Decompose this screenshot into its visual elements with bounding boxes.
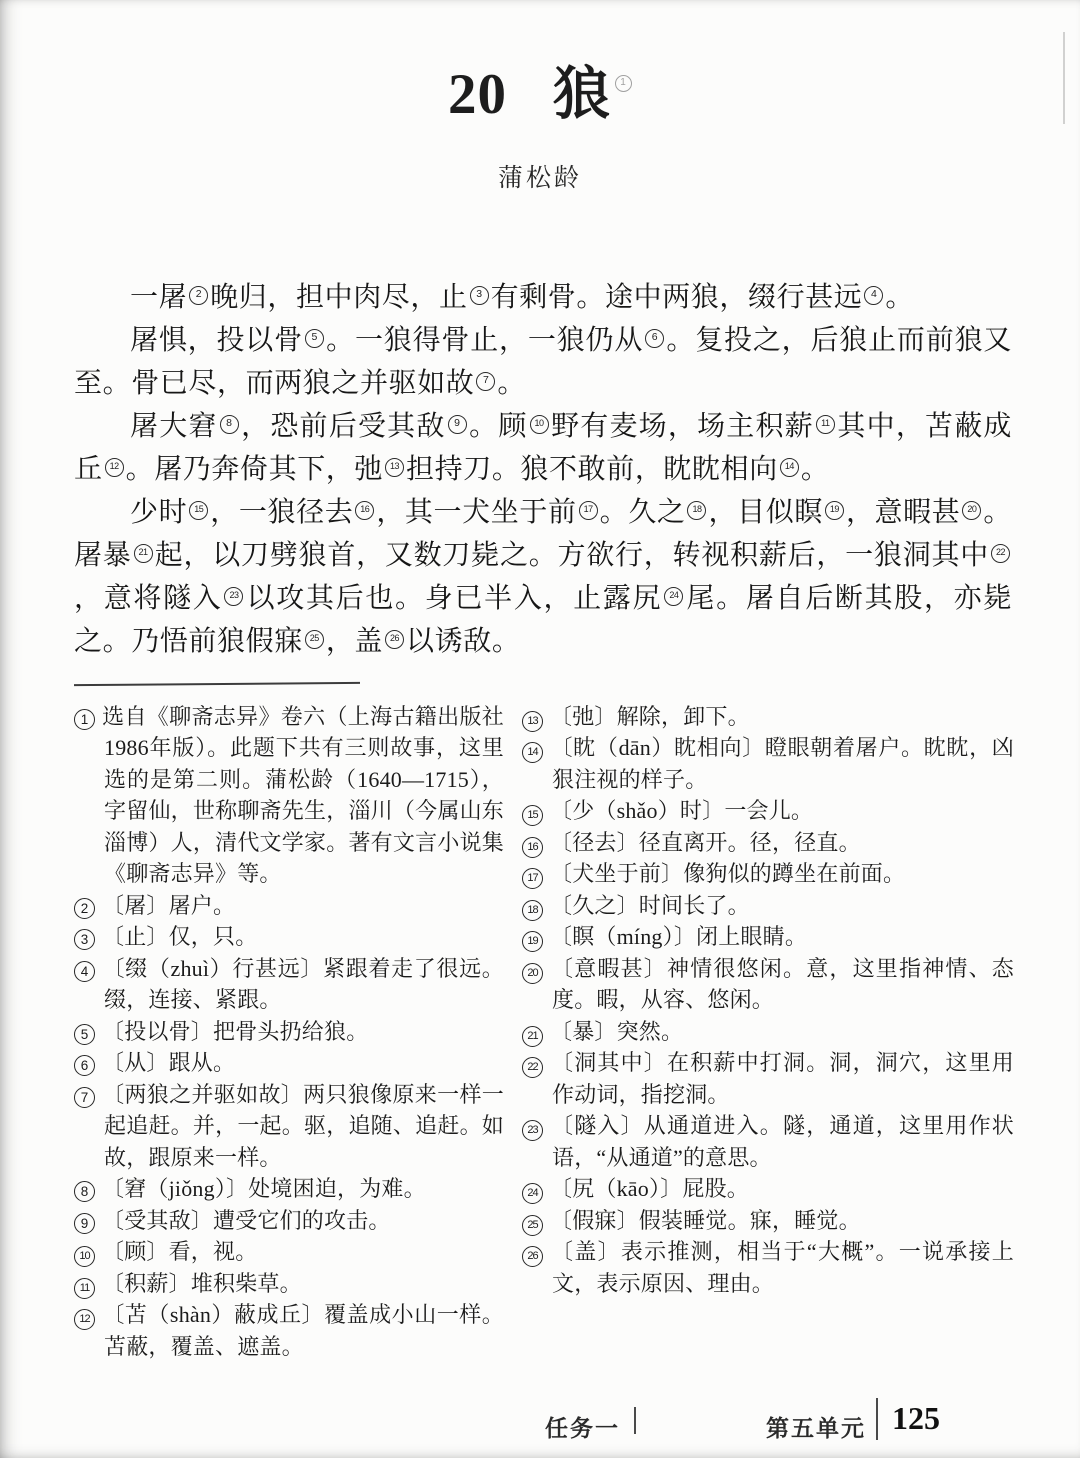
text-run: 。屠乃奔倚其下，弛	[126, 454, 383, 485]
footnote-item: 17〔犬坐于前〕像狗似的蹲坐在前面。	[522, 858, 1014, 890]
annotation-marker: 9	[448, 415, 467, 434]
text-run: 少时	[130, 497, 187, 528]
annotation-marker: 20	[962, 501, 981, 520]
footnote-item: 9〔受其敌〕遭受它们的攻击。	[74, 1205, 504, 1237]
text-run: ，其一犬坐于前	[376, 497, 576, 528]
footnote-item: 13〔弛〕解除，卸下。	[522, 701, 1014, 733]
annotation-marker: 25	[305, 630, 324, 649]
footnote-number: 7	[74, 1087, 95, 1108]
footnote-number: 17	[522, 868, 543, 889]
annotation-marker: 5	[305, 329, 324, 348]
footnote-item: 14〔眈（dān）眈相向〕瞪眼朝着屠户。眈眈，凶狠注视的样子。	[522, 732, 1014, 795]
annotation-marker: 23	[224, 587, 243, 606]
text-run: 。久之	[600, 497, 686, 528]
footnote-number: 21	[522, 1026, 543, 1047]
footnote-number: 26	[522, 1246, 543, 1267]
footnote-text: 〔窘（jiǒng）〕处境困迫，为难。	[102, 1176, 426, 1201]
text-run: 起，以刀劈狼首，又数刀毙之。方欲行，转视积薪后，一狼洞其中	[155, 540, 989, 571]
title-block: 20狼1 蒲松龄	[0, 0, 1080, 194]
footnote-number: 16	[522, 837, 543, 858]
footnote-item: 11〔积薪〕堆积柴草。	[74, 1268, 504, 1300]
text-run: 一屠	[130, 282, 187, 313]
text-run: 有剩骨。途中两狼，缀行甚远	[491, 282, 863, 313]
footnote-text: 〔止〕仅，只。	[102, 924, 257, 949]
footnote-text: 〔径去〕径直离开。径，径直。	[550, 830, 861, 855]
footnote-item: 6〔从〕跟从。	[74, 1047, 504, 1079]
footnote-number: 3	[74, 929, 95, 950]
footnote-text: 〔意暇甚〕神情很悠闲。意，这里指神情、态度。暇，从容、悠闲。	[550, 956, 1014, 1013]
footnote-text: 〔积薪〕堆积柴草。	[102, 1271, 302, 1296]
footnote-text: 选自《聊斋志异》卷六（上海古籍出版社1986年版）。此题下共有三则故事，这里选的…	[102, 704, 504, 887]
footnote-item: 16〔径去〕径直离开。径，径直。	[522, 827, 1014, 859]
text-run: 。	[497, 368, 526, 399]
text-run: ，目似瞑	[708, 497, 822, 528]
text-paragraph: 少时15，一狼径去16，其一犬坐于前17。久之18，目似瞑19，意暇甚20。屠暴…	[74, 491, 1012, 663]
footnote-number: 12	[74, 1309, 95, 1330]
footnote-item: 23〔隧入〕从通道进入。隧，通道，这里用作状语，“从通道”的意思。	[522, 1110, 1014, 1173]
footnote-number: 2	[74, 898, 95, 919]
annotation-marker: 10	[530, 415, 549, 434]
footnote-text: 〔犬坐于前〕像狗似的蹲坐在前面。	[550, 861, 905, 886]
footnote-item: 24〔尻（kāo）〕屁股。	[522, 1173, 1014, 1205]
page-footer: 任务一 第五单元 125	[0, 1398, 1080, 1450]
annotation-marker: 17	[579, 501, 598, 520]
textbook-page: 20狼1 蒲松龄 一屠2晚归，担中肉尽，止3有剩骨。途中两狼，缀行甚远4。屠惧，…	[0, 0, 1080, 1458]
footnote-item: 5〔投以骨〕把骨头扔给狼。	[74, 1016, 504, 1048]
text-run: 晚归，担中肉尽，止	[210, 282, 467, 313]
footnote-number: 10	[74, 1246, 95, 1267]
footnote-number: 9	[74, 1213, 95, 1234]
footnote-item: 26〔盖〕表示推测，相当于“大概”。一说承接上文，表示原因、理由。	[522, 1236, 1014, 1299]
footnote-text: 〔久之〕时间长了。	[550, 893, 750, 918]
footnote-text: 〔眈（dān）眈相向〕瞪眼朝着屠户。眈眈，凶狠注视的样子。	[550, 735, 1014, 792]
text-run: ，盖	[326, 626, 383, 657]
annotation-marker: 13	[385, 458, 404, 477]
footnote-number: 8	[74, 1181, 95, 1202]
footnote-number: 20	[522, 963, 543, 984]
annotation-marker: 18	[687, 501, 706, 520]
footnote-item: 21〔暴〕突然。	[522, 1016, 1014, 1048]
footnote-text: 〔少（shǎo）时〕一会儿。	[550, 798, 813, 823]
lesson-title-text: 狼	[553, 63, 611, 126]
lesson-number: 20	[448, 63, 507, 126]
footnote-text: 〔顾〕看，视。	[102, 1239, 257, 1264]
footnote-item: 10〔顾〕看，视。	[74, 1236, 504, 1268]
annotation-marker: 12	[105, 458, 124, 477]
footnote-item: 12〔苫（shàn）蔽成丘〕覆盖成小山一样。苫蔽，覆盖、遮盖。	[74, 1299, 504, 1362]
text-run: 。一狼得骨止，一狼仍从	[326, 325, 643, 356]
footnote-text: 〔洞其中〕在积薪中打洞。洞，洞穴，这里用作动词，指挖洞。	[550, 1050, 1014, 1107]
annotation-marker: 22	[991, 544, 1010, 563]
footnote-number: 23	[522, 1120, 543, 1141]
footnote-text: 〔盖〕表示推测，相当于“大概”。一说承接上文，表示原因、理由。	[550, 1239, 1014, 1296]
page-number: 125	[892, 1400, 940, 1437]
footnote-text: 〔缀（zhuì）行甚远〕紧跟着走了很远。缀，连接、紧跟。	[102, 956, 504, 1013]
footnote-text: 〔隧入〕从通道进入。隧，通道，这里用作状语，“从通道”的意思。	[550, 1113, 1014, 1170]
annotation-marker: 26	[385, 630, 404, 649]
text-run: 屠惧，投以骨	[130, 325, 303, 356]
text-run: 屠大窘	[130, 411, 218, 442]
footnote-text: 〔苫（shàn）蔽成丘〕覆盖成小山一样。苫蔽，覆盖、遮盖。	[102, 1302, 504, 1359]
text-run: 。顾	[469, 411, 528, 442]
footer-task-label: 任务一	[545, 1410, 620, 1443]
footnote-text: 〔投以骨〕把骨头扔给狼。	[102, 1019, 368, 1044]
footnote-item: 15〔少（shǎo）时〕一会儿。	[522, 795, 1014, 827]
footnotes-left-column: 1选自《聊斋志异》卷六（上海古籍出版社1986年版）。此题下共有三则故事，这里选…	[74, 701, 504, 1363]
footnote-item: 2〔屠〕屠户。	[74, 890, 504, 922]
footnote-text: 〔受其敌〕遭受它们的攻击。	[102, 1208, 391, 1233]
text-run: 担持刀。狼不敢前，眈眈相向	[406, 454, 778, 485]
footer-divider-1	[634, 1407, 636, 1434]
footnote-separator-rule	[74, 681, 360, 685]
footnote-text: 〔屠〕屠户。	[102, 893, 235, 918]
text-run: ，一狼径去	[210, 497, 353, 528]
annotation-marker: 16	[355, 501, 374, 520]
lesson-title: 20狼1	[0, 62, 1080, 128]
footnote-number: 24	[522, 1183, 543, 1204]
footnote-item: 7〔两狼之并驱如故〕两只狼像原来一样一起追赶。并，一起。驱，追随、追赶。如故，跟…	[74, 1079, 504, 1174]
text-run: 以攻其后也。身已半入，止露尻	[245, 583, 662, 614]
annotation-marker: 19	[825, 501, 844, 520]
footnote-item: 22〔洞其中〕在积薪中打洞。洞，洞穴，这里用作动词，指挖洞。	[522, 1047, 1014, 1110]
footnote-item: 3〔止〕仅，只。	[74, 921, 504, 953]
footer-unit-label: 第五单元	[766, 1410, 866, 1443]
footnotes-right-column: 13〔弛〕解除，卸下。14〔眈（dān）眈相向〕瞪眼朝着屠户。眈眈，凶狠注视的样…	[522, 701, 1014, 1363]
text-run: ，意将隧入	[74, 583, 222, 614]
footnote-item: 25〔假寐〕假装睡觉。寐，睡觉。	[522, 1205, 1014, 1237]
footnote-text: 〔瞑（míng）〕闭上眼睛。	[550, 924, 807, 949]
main-text: 一屠2晚归，担中肉尽，止3有剩骨。途中两狼，缀行甚远4。屠惧，投以骨5。一狼得骨…	[0, 276, 1080, 663]
annotation-marker: 15	[189, 501, 208, 520]
footnote-text: 〔假寐〕假装睡觉。寐，睡觉。	[550, 1208, 861, 1233]
footnote-text: 〔弛〕解除，卸下。	[550, 704, 750, 729]
annotation-marker: 2	[189, 286, 208, 305]
footnote-number: 1	[74, 709, 95, 730]
footnote-item: 18〔久之〕时间长了。	[522, 890, 1014, 922]
text-paragraph: 屠惧，投以骨5。一狼得骨止，一狼仍从6。复投之，后狼止而前狼又至。骨已尽，而两狼…	[74, 319, 1012, 405]
text-paragraph: 一屠2晚归，担中肉尽，止3有剩骨。途中两狼，缀行甚远4。	[74, 276, 1012, 319]
footnote-text: 〔两狼之并驱如故〕两只狼像原来一样一起追赶。并，一起。驱，追随、追赶。如故，跟原…	[102, 1082, 504, 1170]
footnotes-section: 1选自《聊斋志异》卷六（上海古籍出版社1986年版）。此题下共有三则故事，这里选…	[0, 701, 1080, 1363]
annotation-marker: 11	[816, 415, 835, 434]
scan-artifact-line	[1063, 32, 1065, 124]
footnote-text: 〔暴〕突然。	[550, 1019, 683, 1044]
text-run: 以诱敌。	[406, 626, 520, 657]
footnote-item: 4〔缀（zhuì）行甚远〕紧跟着走了很远。缀，连接、紧跟。	[74, 953, 504, 1016]
footnote-number: 25	[522, 1215, 543, 1236]
footnote-number: 15	[522, 805, 543, 826]
text-run: 。	[801, 454, 830, 485]
footnote-item: 8〔窘（jiǒng）〕处境困迫，为难。	[74, 1173, 504, 1205]
footnote-number: 11	[74, 1278, 95, 1299]
annotation-marker: 24	[664, 587, 683, 606]
footnote-number: 18	[522, 900, 543, 921]
footer-divider-2	[876, 1398, 878, 1440]
title-footnote-marker: 1	[615, 75, 632, 92]
footnote-number: 5	[74, 1024, 95, 1045]
text-run: 野有麦场，场主积薪	[551, 411, 814, 442]
annotation-marker: 8	[220, 415, 239, 434]
text-run: ，意暇甚	[846, 497, 960, 528]
footnote-number: 13	[522, 711, 543, 732]
annotation-marker: 3	[470, 286, 489, 305]
text-run: ，恐前后受其敌	[241, 411, 446, 442]
author-name: 蒲松龄	[0, 158, 1080, 194]
footnote-text: 〔尻（kāo）〕屁股。	[550, 1176, 749, 1201]
annotation-marker: 7	[476, 372, 495, 391]
footnote-item: 19〔瞑（míng）〕闭上眼睛。	[522, 921, 1014, 953]
annotation-marker: 21	[134, 544, 153, 563]
footnote-number: 14	[522, 742, 543, 763]
annotation-marker: 4	[864, 286, 883, 305]
footnote-text: 〔从〕跟从。	[102, 1050, 235, 1075]
footnote-number: 22	[522, 1057, 543, 1078]
footnote-number: 19	[522, 931, 543, 952]
annotation-marker: 14	[780, 458, 799, 477]
footnote-number: 6	[74, 1055, 95, 1076]
text-paragraph: 屠大窘8，恐前后受其敌9。顾10野有麦场，场主积薪11其中，苫蔽成丘12。屠乃奔…	[74, 405, 1012, 491]
footnote-item: 1选自《聊斋志异》卷六（上海古籍出版社1986年版）。此题下共有三则故事，这里选…	[74, 701, 504, 890]
annotation-marker: 6	[645, 329, 664, 348]
footnote-number: 4	[74, 961, 95, 982]
footnote-item: 20〔意暇甚〕神情很悠闲。意，这里指神情、态度。暇，从容、悠闲。	[522, 953, 1014, 1016]
text-run: 。	[885, 282, 914, 313]
